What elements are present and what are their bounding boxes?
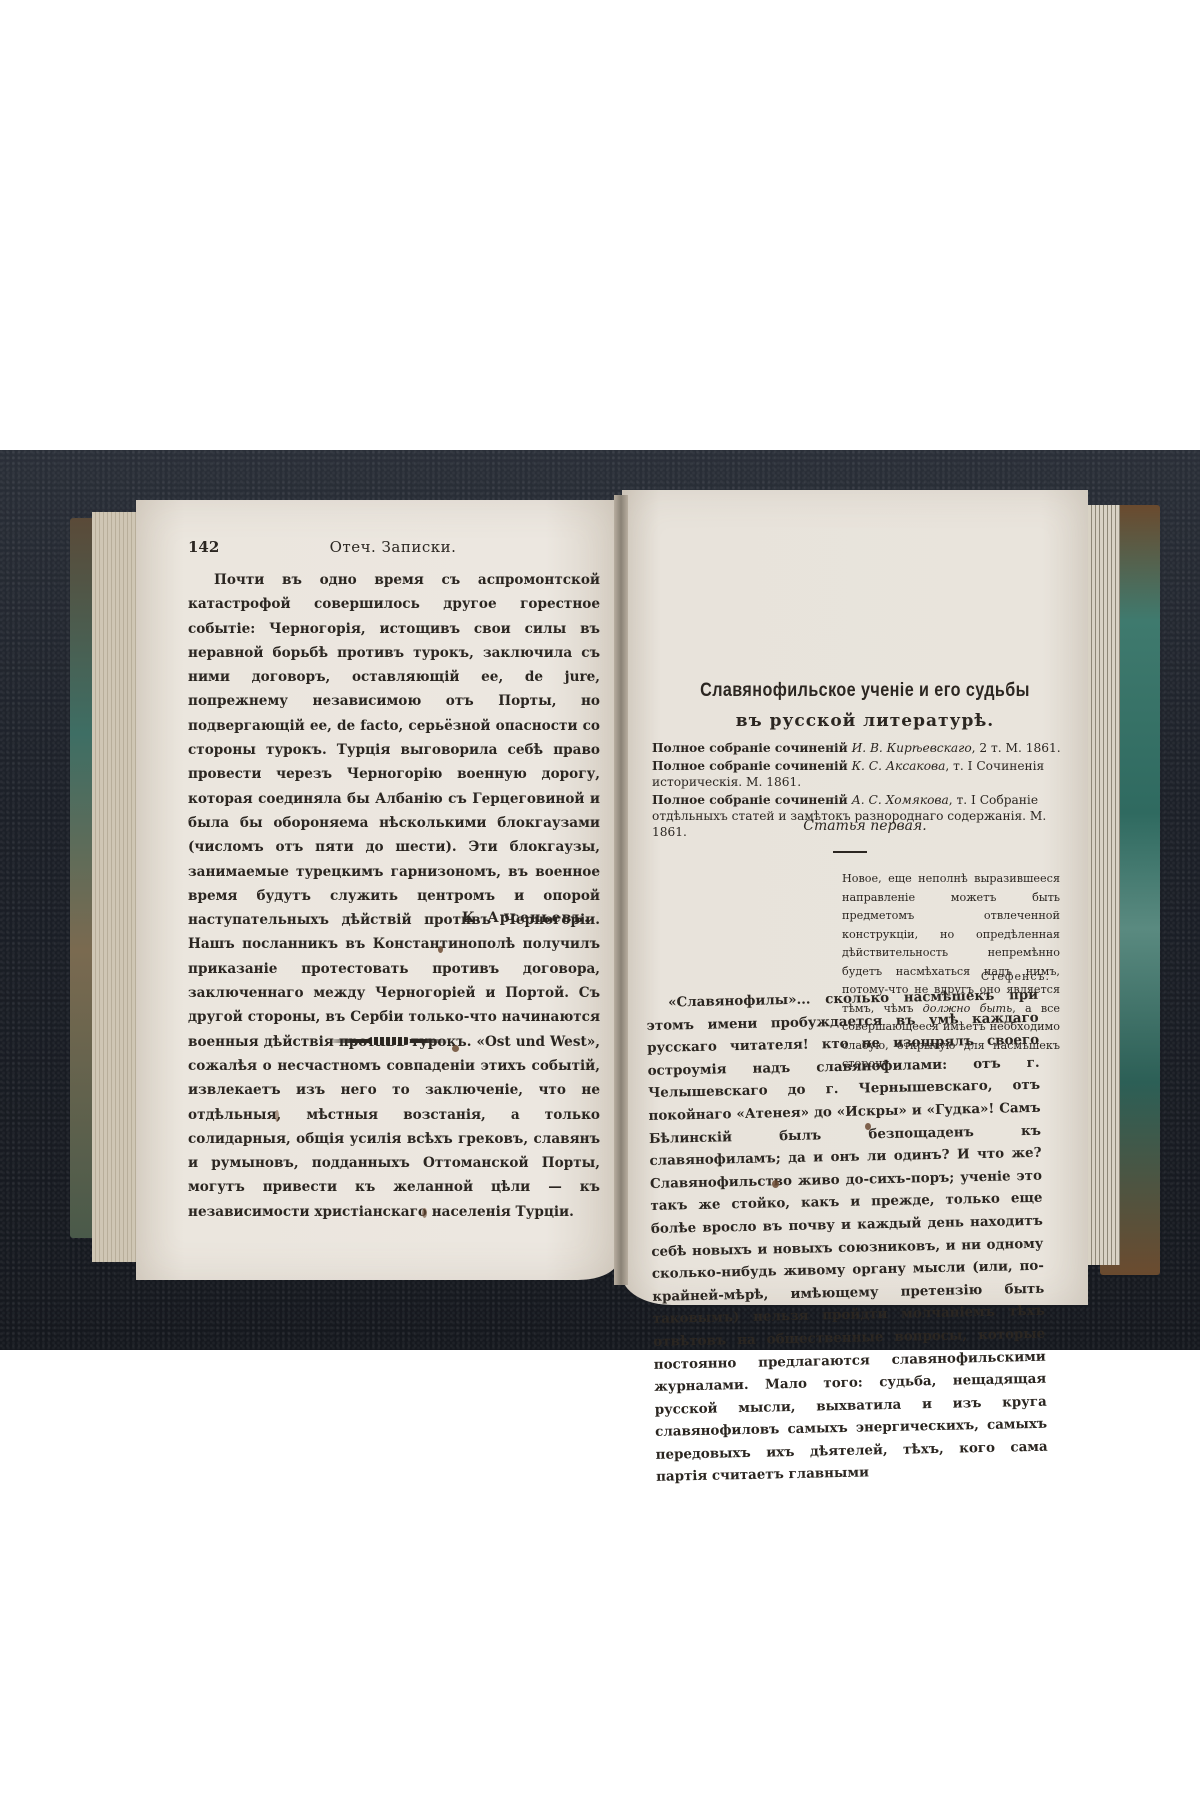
reference-label: Полное собраніе сочиненій — [652, 741, 848, 755]
article-title: Славянофильское ученіе и его судьбы — [691, 680, 1040, 702]
journal-title: Отеч. Записки. — [188, 538, 598, 556]
foxing-spot — [422, 1208, 427, 1218]
reference-author: И. В. Кирѣевскаго — [852, 741, 972, 755]
reference-author: А. С. Хомякова — [852, 793, 949, 807]
reference-label: Полное собраніе сочиненій — [652, 793, 848, 807]
foxing-spot — [865, 1123, 871, 1130]
reference-author: К. С. Аксакова — [852, 759, 946, 773]
article-title-line2: въ русской литературѣ. — [660, 711, 1070, 731]
foxing-spot — [438, 946, 443, 953]
author-signature: К. Арсеньевъ. — [188, 910, 590, 926]
reference-details: , 2 т. М. 1861. — [972, 741, 1061, 755]
reference-label: Полное собраніе сочиненій — [652, 759, 848, 773]
page-edges-left — [92, 512, 140, 1262]
left-body-text: Почти въ одно время съ аспромонтской кат… — [188, 568, 600, 1224]
foxing-spot — [772, 1180, 779, 1188]
divider-rule — [833, 851, 867, 853]
foxing-spot — [275, 1110, 279, 1122]
book-gutter — [614, 495, 628, 1285]
article-subtitle: Статья первая. — [660, 818, 1070, 834]
foxing-spot — [452, 1045, 459, 1052]
reference-item: Полное собраніе сочиненій И. В. Кирѣевск… — [652, 740, 1077, 756]
epigraph-author: Стефенсъ. — [842, 970, 1060, 983]
section-end-ornament — [328, 1039, 450, 1043]
right-body-text: «Славянофилы»... сколько насмѣшекъ при э… — [646, 984, 1048, 1489]
reference-item: Полное собраніе сочиненій К. С. Аксакова… — [652, 758, 1077, 790]
